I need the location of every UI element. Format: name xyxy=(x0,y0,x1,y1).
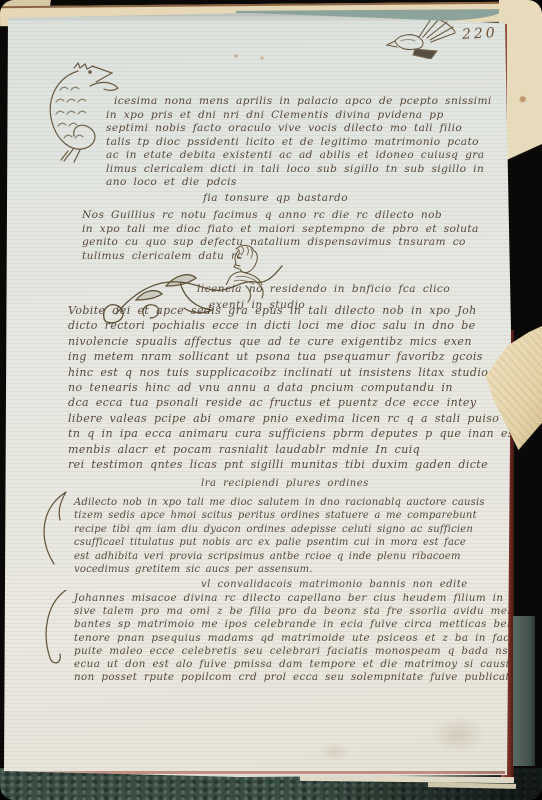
manuscript-line: nivolencie spualis affectus que ad te cu… xyxy=(68,334,531,349)
manuscript-line: tulimus clericalem datu rc xyxy=(82,250,479,264)
manuscript-line: non posset rpute popilcom crd prol ecca … xyxy=(74,671,542,684)
manuscript-line: rei testimon qntes licas pnt sigilli mun… xyxy=(68,457,531,472)
folio-number: 220 xyxy=(462,25,499,43)
entry-text-block: Adilecto nob in xpo tali me dioc salutem… xyxy=(74,496,485,576)
manuscript-line: bantes sp matrimoio me ipos celebrande i… xyxy=(74,618,542,631)
manuscript-line: septimi nobis facto oraculo vive vocis d… xyxy=(106,122,492,136)
manuscript-line: talis tp dioc pssidenti licito et de leg… xyxy=(106,136,492,150)
manuscript-line: dca ecca tua psonali reside ac fructus e… xyxy=(68,395,531,410)
manuscript-line: Johannes misacoe divina rc dilecto capel… xyxy=(74,592,542,605)
manuscript-line: tn q in ipa ecca animaru cura sufficiens… xyxy=(68,426,531,441)
manuscript-line: ac in etate debita existenti ac ad abili… xyxy=(106,149,492,163)
book-cover-edge xyxy=(513,616,535,766)
manuscript-line: Nos Guillius rc notu facimus q anno rc d… xyxy=(82,209,479,223)
entry-text-block: icesima nona mens aprilis in palacio apc… xyxy=(106,95,492,190)
manuscript-line: tizem sedis apce hmoi scitus peritus ord… xyxy=(74,509,485,522)
rubric-matrimonii: vl convalidacois matrimonio bannis non e… xyxy=(201,579,468,590)
manuscript-line: puite maleo ecce celebretis seu celebrar… xyxy=(74,645,542,658)
manuscript-line: libere valeas pcipe abi omare pnio exedi… xyxy=(68,411,531,426)
manuscript-line: menbis alacr et pocam rasnialit laudablr… xyxy=(68,442,531,457)
manuscript-line: icesima nona mens aprilis in palacio apc… xyxy=(114,95,492,109)
manuscript-line: est adhibita veri provia scripsimus antb… xyxy=(74,550,485,563)
manuscript-line: vocedimus gretitem sic aucs per assensum… xyxy=(74,563,485,576)
manuscript-line: limus clericalem dicti in tali loco sub … xyxy=(106,163,492,177)
rubric-ordines: lra recipiendi plures ordines xyxy=(201,478,369,489)
manuscript-line: sive talem pro ma omi z be filia pro da … xyxy=(74,605,542,618)
manuscript-line: ecua ut don est alo fuive pmissa dam tem… xyxy=(74,658,542,671)
swash-initial-icon xyxy=(38,590,68,666)
manuscript-line: genito cu quo sup defectu natalium dispe… xyxy=(82,236,479,250)
manuscript-line: in xpo pris et dni nri dni Clementis div… xyxy=(106,109,492,123)
manuscript-line: Vobite dei et apce sedis gra epus in tal… xyxy=(68,303,531,318)
swash-initial-icon xyxy=(36,490,70,568)
manuscript-line: ing metem nram sollicant ut psona tua ps… xyxy=(68,349,531,364)
manuscript-line: in xpo tali me dioc fiato et maiori sept… xyxy=(82,223,479,237)
manuscript-page: 220 xyxy=(0,0,542,800)
manuscript-line: recipe tibi qm iam diu dyacon ordines ad… xyxy=(74,523,485,536)
manuscript-line: csufficael titulatus put nobis arc ex pa… xyxy=(74,536,485,549)
manuscript-line: hinc est q nos tuis supplicacoibz inclin… xyxy=(68,365,531,380)
bird-sketch-icon xyxy=(385,15,461,59)
manuscript-line: dicto rectori pochialis ecce in dicti lo… xyxy=(68,318,531,333)
manuscript-line: tenore pnan psequius madams qd matrimoid… xyxy=(74,632,542,645)
manuscript-photo: 220 xyxy=(0,0,542,800)
entry-text-block: Johannes misacoe divina rc dilecto capel… xyxy=(74,592,542,684)
entry-text-block: Vobite dei et apce sedis gra epus in tal… xyxy=(68,303,531,472)
entry-text-block: Nos Guillius rc notu facimus q anno rc d… xyxy=(82,209,479,263)
manuscript-line: no tenearis hinc ad vnu annu a data pnci… xyxy=(68,380,531,395)
manuscript-line: ano loco et die pdcis xyxy=(106,176,492,190)
rubric-licencia-line1: licencia no residendo in bnficio fca cli… xyxy=(197,283,450,295)
rubric-tonsure: fia tonsure qp bastardo xyxy=(203,192,348,204)
manuscript-line: Adilecto nob in xpo tali me dioc salutem… xyxy=(74,496,485,509)
